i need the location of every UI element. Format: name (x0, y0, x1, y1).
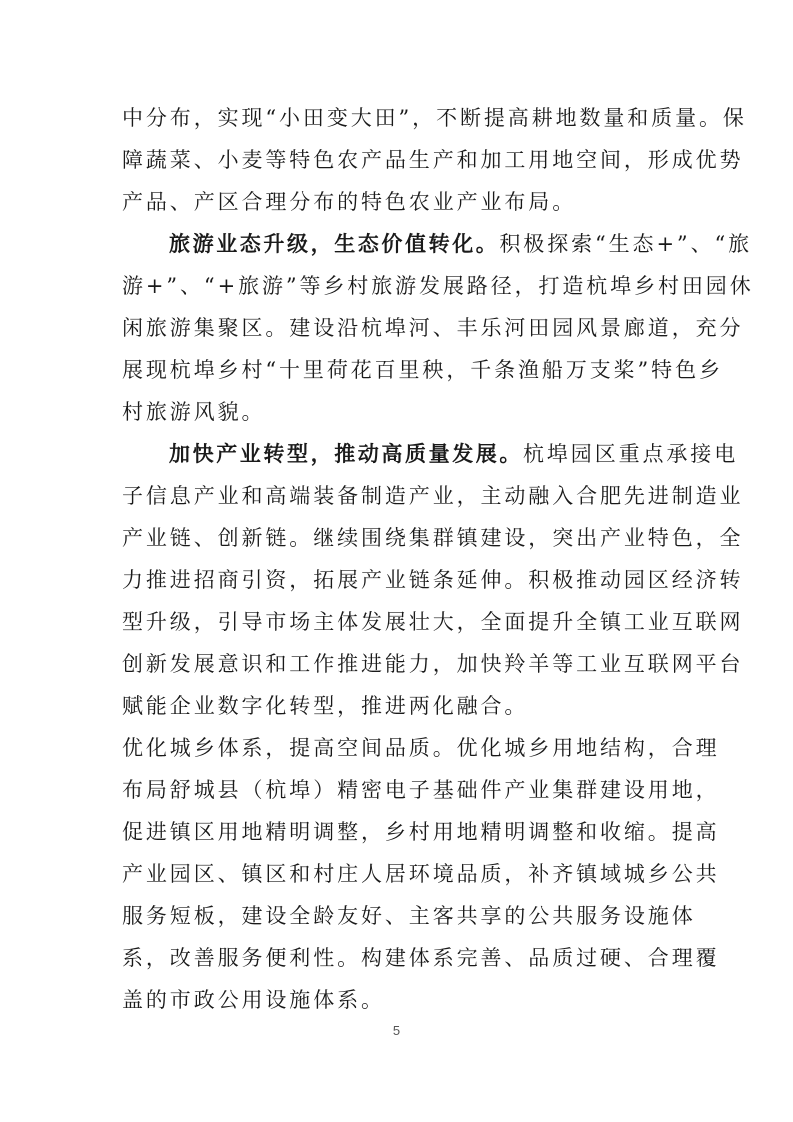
paragraph-text: 杭埠园区重点承接电 (523, 442, 738, 466)
text-line: 促进镇区用地精明调整，乡村用地精明调整和收缩。提高 (122, 811, 682, 853)
text-line: 村旅游风貌。 (122, 391, 682, 433)
paragraph-lead-heading: 旅游业态升级，生态价值转化。 (169, 231, 499, 256)
text-line: 产业园区、镇区和村庄人居环境品质，补齐镇域城乡公共 (122, 853, 682, 895)
text-line: 型升级，引导市场主体发展壮大，全面提升全镇工业互联网 (122, 601, 682, 643)
paragraph-farmland: 中分布，实现“小田变大田”，不断提高耕地数量和质量。保 障蔬菜、小麦等特色农产品… (122, 97, 682, 223)
document-page: 中分布，实现“小田变大田”，不断提高耕地数量和质量。保 障蔬菜、小麦等特色农产品… (0, 0, 793, 1122)
text-line: 加快产业转型，推动高质量发展。杭埠园区重点承接电 (122, 433, 682, 475)
text-line: 旅游业态升级，生态价值转化。积极探索“生态+”、“旅 (122, 223, 682, 265)
text-line: 力推进招商引资，拓展产业链条延伸。积极推动园区经济转 (122, 559, 682, 601)
paragraph-industry: 加快产业转型，推动高质量发展。杭埠园区重点承接电 子信息产业和高端装备制造产业，… (122, 433, 682, 727)
text-line: 产业链、创新链。继续围绕集群镇建设，突出产业特色，全 (122, 517, 682, 559)
paragraph-text: 积极探索“生态+”、“旅 (499, 232, 752, 256)
text-line: 中分布，实现“小田变大田”，不断提高耕地数量和质量。保 (122, 97, 682, 139)
text-line: 障蔬菜、小麦等特色农产品生产和加工用地空间，形成优势 (122, 139, 682, 181)
text-line: 游+”、“+旅游”等乡村旅游发展路径，打造杭埠乡村田园休 (122, 265, 682, 307)
text-line: 优化城乡体系，提高空间品质。优化城乡用地结构，合理 (122, 727, 682, 769)
text-line: 子信息产业和高端装备制造产业，主动融入合肥先进制造业 (122, 475, 682, 517)
text-line: 布局舒城县（杭埠）精密电子基础件产业集群建设用地， (122, 769, 682, 811)
text-line: 服务短板，建设全龄友好、主客共享的公共服务设施体 (122, 895, 682, 937)
page-number: 5 (0, 1023, 793, 1038)
text-line: 盖的市政公用设施体系。 (122, 979, 682, 1021)
text-line: 展现杭埠乡村“十里荷花百里秧，千条渔船万支桨”特色乡 (122, 349, 682, 391)
text-line: 创新发展意识和工作推进能力，加快羚羊等工业互联网平台 (122, 643, 682, 685)
text-line: 闲旅游集聚区。建设沿杭埠河、丰乐河田园风景廊道，充分 (122, 307, 682, 349)
paragraph-tourism: 旅游业态升级，生态价值转化。积极探索“生态+”、“旅 游+”、“+旅游”等乡村旅… (122, 223, 682, 433)
text-line: 赋能企业数字化转型，推进两化融合。 (122, 685, 682, 727)
document-body: 中分布，实现“小田变大田”，不断提高耕地数量和质量。保 障蔬菜、小麦等特色农产品… (122, 97, 682, 1021)
text-line: 产品、产区合理分布的特色农业产业布局。 (122, 181, 682, 223)
text-line: 系，改善服务便利性。构建体系完善、品质过硬、合理覆 (122, 937, 682, 979)
paragraph-lead-heading: 加快产业转型，推动高质量发展。 (169, 441, 523, 466)
paragraph-urban-rural: 优化城乡体系，提高空间品质。优化城乡用地结构，合理 布局舒城县（杭埠）精密电子基… (122, 727, 682, 1021)
